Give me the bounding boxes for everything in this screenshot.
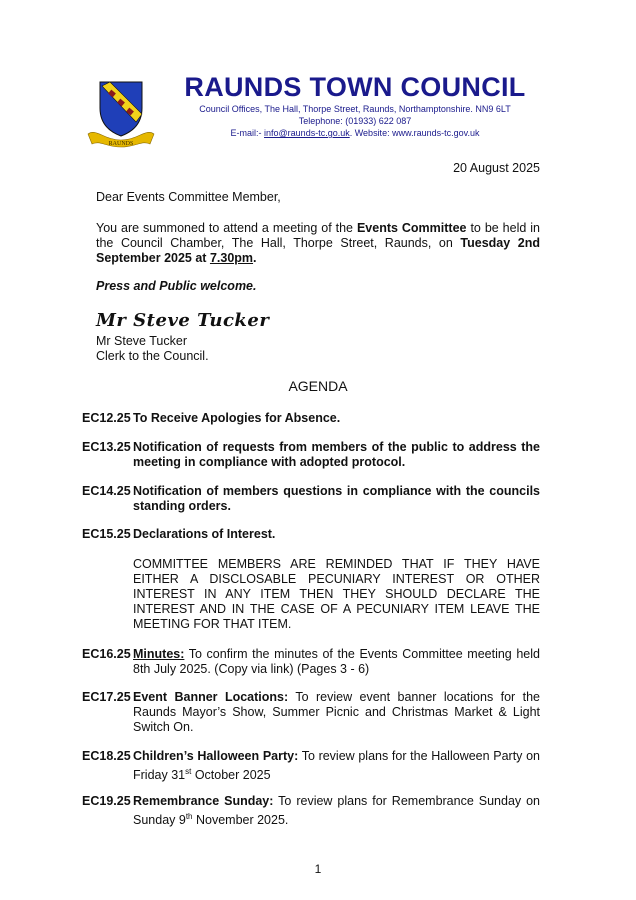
summons-paragraph: You are summoned to attend a meeting of …: [96, 221, 540, 266]
agenda-item: EC18.25 Children’s Halloween Party: To r…: [82, 749, 540, 783]
agenda-item: EC14.25 Notification of members question…: [82, 484, 540, 514]
agenda-item: EC15.25 Declarations of Interest.: [82, 527, 540, 542]
email-label: E-mail:-: [231, 128, 265, 138]
item-text: To confirm the minutes of the Events Com…: [133, 647, 540, 676]
telephone-line: Telephone: (01933) 622 087: [180, 116, 530, 126]
item-number: EC13.25: [82, 440, 131, 455]
agenda-item: EC16.25 Minutes: To confirm the minutes …: [82, 647, 540, 677]
signature: Mr Steve Tucker: [96, 310, 269, 331]
salutation: Dear Events Committee Member,: [96, 190, 281, 205]
item-title: Minutes:: [133, 647, 184, 661]
item-title: Remembrance Sunday:: [133, 794, 273, 808]
contact-line: E-mail:- info@raunds-tc.go.uk. Website: …: [180, 128, 530, 138]
item-number: EC12.25: [82, 411, 131, 426]
item-title: Declarations of Interest.: [133, 527, 275, 541]
address-line: Council Offices, The Hall, Thorpe Street…: [180, 104, 530, 114]
page-number: 1: [0, 862, 636, 876]
item-number: EC17.25: [82, 690, 131, 705]
agenda-item: EC17.25 Event Banner Locations: To revie…: [82, 690, 540, 735]
item-title: Event Banner Locations:: [133, 690, 288, 704]
item-title: To Receive Apologies for Absence.: [133, 411, 340, 425]
item-title: Notification of members questions in com…: [133, 484, 540, 513]
agenda-item: EC12.25 To Receive Apologies for Absence…: [82, 411, 540, 426]
item-number: EC15.25: [82, 527, 131, 542]
interest-reminder: COMMITTEE MEMBERS ARE REMINDED THAT IF T…: [133, 557, 540, 632]
agenda-item: EC13.25 Notification of requests from me…: [82, 440, 540, 470]
item-number: EC19.25: [82, 794, 131, 809]
agenda-item: EC19.25 Remembrance Sunday: To review pl…: [82, 794, 540, 828]
website-text: www.raunds-tc.gov.uk: [392, 128, 479, 138]
press-notice: Press and Public welcome.: [96, 279, 256, 294]
website-label: . Website:: [350, 128, 392, 138]
email-link[interactable]: info@raunds-tc.go.uk: [264, 128, 350, 138]
item-number: EC16.25: [82, 647, 131, 662]
item-title: Notification of requests from members of…: [133, 440, 540, 469]
meeting-time: 7.30pm: [210, 251, 253, 265]
item-number: EC14.25: [82, 484, 131, 499]
item-title: Children’s Halloween Party:: [133, 749, 298, 763]
signatory-role: Clerk to the Council.: [96, 349, 209, 364]
letter-date: 20 August 2025: [453, 161, 540, 176]
document-page: RAUNDS RAUNDS TOWN COUNCIL Council Offic…: [0, 0, 636, 900]
agenda-heading: AGENDA: [0, 378, 636, 394]
org-name: RAUNDS TOWN COUNCIL: [180, 72, 530, 103]
item-number: EC18.25: [82, 749, 131, 764]
council-crest-icon: RAUNDS: [86, 78, 156, 148]
committee-name: Events Committee: [357, 221, 467, 235]
svg-text:RAUNDS: RAUNDS: [109, 141, 134, 147]
signatory-name: Mr Steve Tucker: [96, 334, 187, 349]
